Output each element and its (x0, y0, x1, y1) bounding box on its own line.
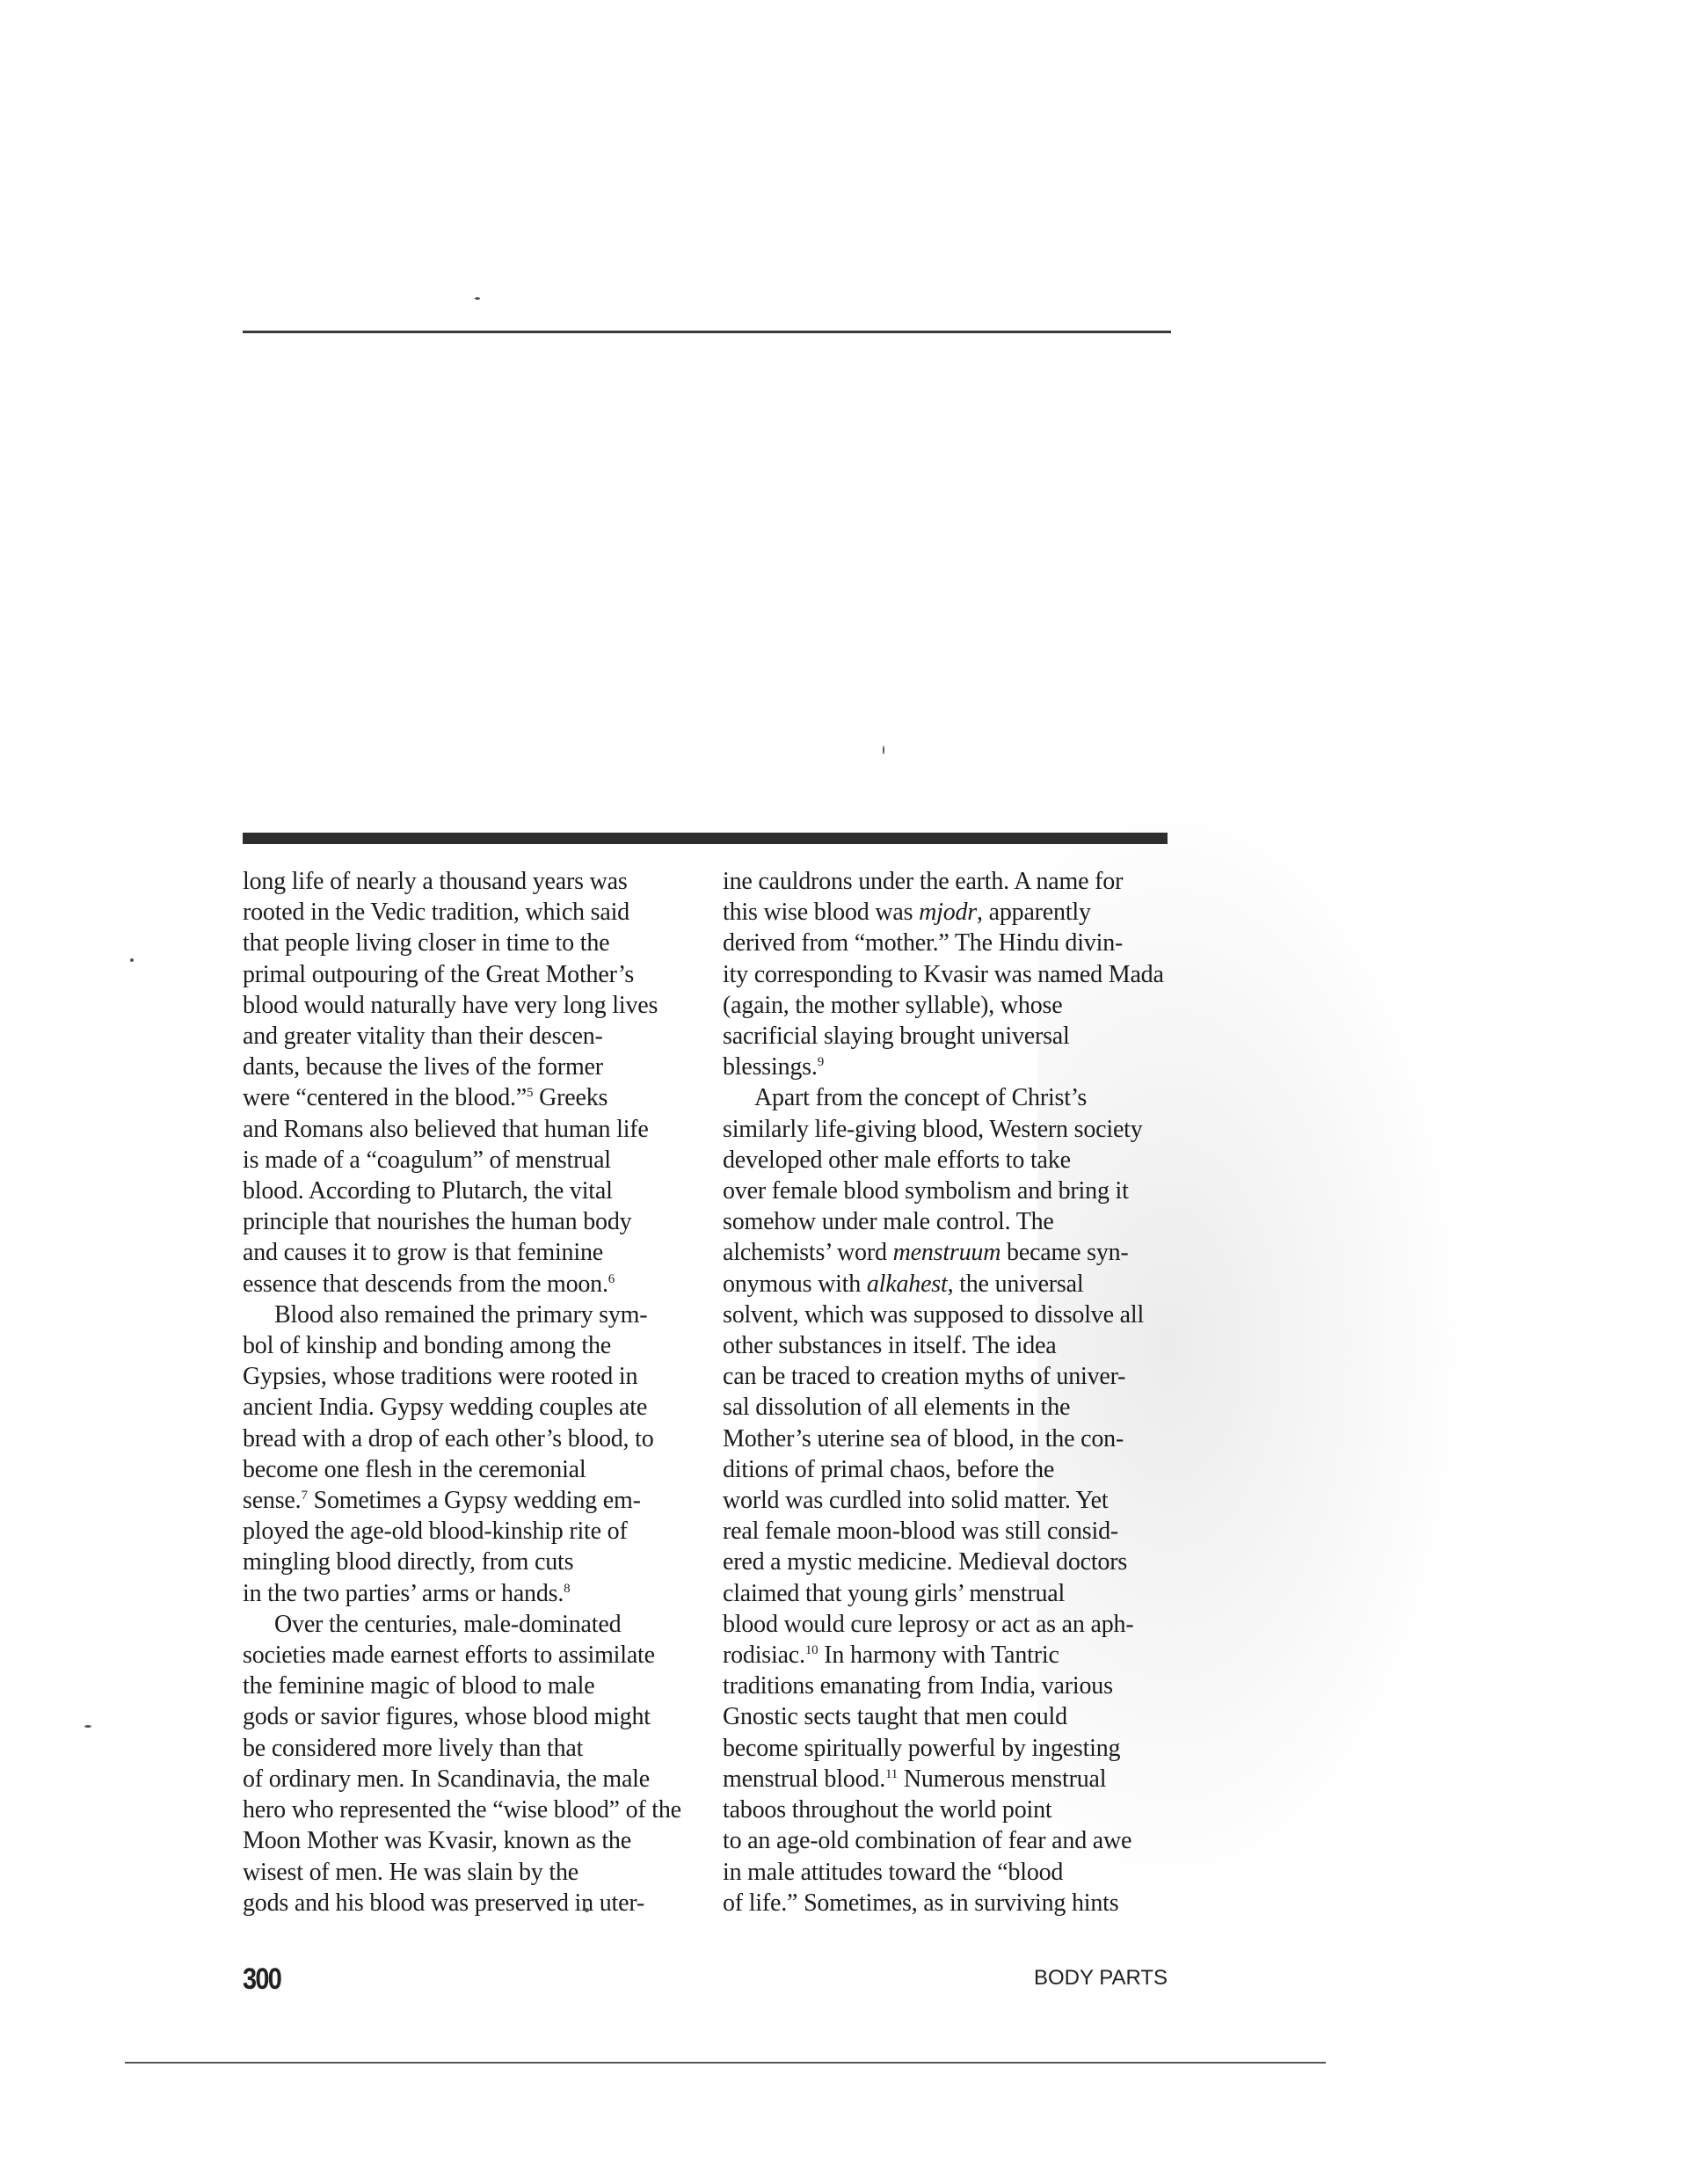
section-rule (243, 833, 1168, 844)
text-line: and Romans also believed that human life (243, 1114, 700, 1145)
text-run: this wise blood was (723, 899, 919, 926)
text-line: gods or savior figures, whose blood migh… (243, 1701, 700, 1732)
text-line: Mother’s uterine sea of blood, in the co… (723, 1423, 1180, 1454)
text-line: become one flesh in the ceremonial (243, 1454, 700, 1485)
footnote-ref: 9 (818, 1055, 824, 1069)
text-run: solvent, which was supposed to dissolve … (723, 1301, 1144, 1329)
text-run: ered a mystic medicine. Medieval doctors (723, 1548, 1127, 1576)
text-run: In harmony with Tantric (818, 1642, 1059, 1669)
text-run: Sometimes a Gypsy wedding em- (308, 1487, 641, 1514)
text-run: societies made earnest efforts to assimi… (243, 1642, 655, 1669)
text-line: other substances in itself. The idea (723, 1330, 1180, 1361)
text-line: ered a mystic medicine. Medieval doctors (723, 1547, 1180, 1577)
text-run: is made of a “coagulum” of menstrual (243, 1147, 611, 1174)
text-run: bol of kinship and bonding among the (243, 1332, 611, 1359)
text-line: dants, because the lives of the former (243, 1052, 700, 1082)
text-run: world was curdled into solid matter. Yet (723, 1487, 1108, 1514)
text-run: hero who represented the “wise blood” of… (243, 1796, 681, 1824)
text-run: bread with a drop of each other’s blood,… (243, 1425, 654, 1452)
text-run: Apart from the concept of Christ’s (754, 1084, 1087, 1111)
text-line: Gypsies, whose traditions were rooted in (243, 1361, 700, 1392)
text-line: bread with a drop of each other’s blood,… (243, 1423, 700, 1454)
italic-term: alkahest (867, 1270, 948, 1298)
text-run: became syn- (1000, 1239, 1128, 1266)
text-line: sense.7 Sometimes a Gypsy wedding em- (243, 1485, 700, 1516)
italic-term: menstruum (893, 1239, 1001, 1266)
text-line: derived from “mother.” The Hindu divin- (723, 928, 1180, 958)
text-run: to an age-old combination of fear and aw… (723, 1827, 1131, 1854)
bottom-rule (125, 2062, 1326, 2064)
text-run: , apparently (977, 899, 1091, 926)
text-run: ine cauldrons under the earth. A name fo… (723, 868, 1123, 895)
text-line: ine cauldrons under the earth. A name fo… (723, 866, 1180, 897)
text-line: in the two parties’ arms or hands.8 (243, 1578, 700, 1609)
text-run: sacrificial slaying brought universal (723, 1023, 1070, 1050)
text-line: menstrual blood.11 Numerous menstrual (723, 1764, 1180, 1795)
text-run: become spiritually powerful by ingesting (723, 1735, 1120, 1762)
text-line: is made of a “coagulum” of menstrual (243, 1145, 700, 1176)
text-run: Numerous menstrual (898, 1765, 1106, 1793)
text-run: gods or savior figures, whose blood migh… (243, 1703, 651, 1730)
text-line: rodisiac.10 In harmony with Tantric (723, 1640, 1180, 1671)
text-run: essence that descends from the moon. (243, 1270, 608, 1298)
text-run: were “centered in the blood.” (243, 1084, 527, 1111)
text-line: (again, the mother syllable), whose (723, 990, 1180, 1021)
text-run: traditions emanating from India, various (723, 1672, 1113, 1700)
footnote-ref: 7 (301, 1489, 307, 1503)
text-run: developed other male efforts to take (723, 1147, 1071, 1174)
text-run: blood would naturally have very long liv… (243, 992, 658, 1019)
text-line: become spiritually powerful by ingesting (723, 1733, 1180, 1764)
text-line: societies made earnest efforts to assimi… (243, 1640, 700, 1671)
text-line: this wise blood was mjodr, apparently (723, 897, 1180, 928)
text-line: can be traced to creation myths of unive… (723, 1361, 1180, 1392)
text-run: Mother’s uterine sea of blood, in the co… (723, 1425, 1124, 1452)
text-run: over female blood symbolism and bring it (723, 1177, 1129, 1205)
text-line: to an age-old combination of fear and aw… (723, 1825, 1180, 1856)
text-line: and causes it to grow is that feminine (243, 1237, 700, 1268)
text-line: blood would naturally have very long liv… (243, 990, 700, 1021)
text-line: traditions emanating from India, various (723, 1671, 1180, 1701)
text-line: world was curdled into solid matter. Yet (723, 1485, 1180, 1516)
text-run: alchemists’ word (723, 1239, 893, 1266)
text-run: other substances in itself. The idea (723, 1332, 1057, 1359)
text-run: ancient India. Gypsy wedding couples ate (243, 1394, 647, 1421)
text-run: derived from “mother.” The Hindu divin- (723, 929, 1123, 957)
footnote-ref: 11 (885, 1767, 898, 1781)
text-run: ditions of primal chaos, before the (723, 1456, 1054, 1483)
text-run: of life.” Sometimes, as in surviving hin… (723, 1889, 1118, 1917)
text-run: long life of nearly a thousand years was (243, 868, 628, 895)
text-line: be considered more lively than that (243, 1733, 700, 1764)
text-run: sense. (243, 1487, 301, 1514)
text-run: rooted in the Vedic tradition, which sai… (243, 899, 629, 926)
footnote-ref: 10 (805, 1643, 819, 1657)
text-run: the feminine magic of blood to male (243, 1672, 594, 1700)
scan-speck (883, 746, 884, 754)
text-line: the feminine magic of blood to male (243, 1671, 700, 1701)
text-line: wisest of men. He was slain by the (243, 1857, 700, 1888)
text-run: gods and his blood was preserved in uter… (243, 1889, 644, 1917)
text-line: of ordinary men. In Scandinavia, the mal… (243, 1764, 700, 1795)
text-line: blessings.9 (723, 1052, 1180, 1082)
text-run: ployed the age-old blood-kinship rite of (243, 1518, 628, 1545)
text-line: over female blood symbolism and bring it (723, 1176, 1180, 1206)
text-run: sal dissolution of all elements in the (723, 1394, 1070, 1421)
right-column: ine cauldrons under the earth. A name fo… (723, 866, 1180, 1918)
text-line: long life of nearly a thousand years was (243, 866, 700, 897)
text-run: claimed that young girls’ menstrual (723, 1580, 1065, 1607)
text-run: become one flesh in the ceremonial (243, 1456, 586, 1483)
text-line: principle that nourishes the human body (243, 1206, 700, 1237)
text-line: ployed the age-old blood-kinship rite of (243, 1516, 700, 1547)
text-line: ditions of primal chaos, before the (723, 1454, 1180, 1485)
text-line: and greater vitality than their descen- (243, 1021, 700, 1052)
text-line: of life.” Sometimes, as in surviving hin… (723, 1888, 1180, 1918)
text-run: Greeks (533, 1084, 608, 1111)
text-line: onymous with alkahest, the universal (723, 1269, 1180, 1299)
text-run: blood would cure leprosy or act as an ap… (723, 1611, 1133, 1638)
text-line: Blood also remained the primary sym- (243, 1299, 700, 1330)
footnote-ref: 6 (608, 1272, 615, 1286)
text-line: Over the centuries, male-dominated (243, 1609, 700, 1640)
text-line: ancient India. Gypsy wedding couples ate (243, 1392, 700, 1423)
text-run: similarly life-giving blood, Western soc… (723, 1116, 1143, 1143)
text-line: bol of kinship and bonding among the (243, 1330, 700, 1361)
text-run: rodisiac. (723, 1642, 805, 1669)
text-line: sacrificial slaying brought universal (723, 1021, 1180, 1052)
text-run: blood. According to Plutarch, the vital (243, 1177, 613, 1205)
text-line: sal dissolution of all elements in the (723, 1392, 1180, 1423)
text-run: in the two parties’ arms or hands. (243, 1580, 564, 1607)
text-run: somehow under male control. The (723, 1208, 1054, 1235)
running-head: BODY PARTS (1034, 1966, 1168, 1991)
text-run: ity corresponding to Kvasir was named Ma… (723, 961, 1164, 988)
text-line: blood would cure leprosy or act as an ap… (723, 1609, 1180, 1640)
text-line: gods and his blood was preserved in uter… (243, 1888, 700, 1918)
text-run: taboos throughout the world point (723, 1796, 1051, 1824)
text-run: principle that nourishes the human body (243, 1208, 631, 1235)
text-run: primal outpouring of the Great Mother’s (243, 961, 634, 988)
text-line: taboos throughout the world point (723, 1795, 1180, 1825)
text-line: rooted in the Vedic tradition, which sai… (243, 897, 700, 928)
text-line: claimed that young girls’ menstrual (723, 1578, 1180, 1609)
text-line: hero who represented the “wise blood” of… (243, 1795, 700, 1825)
text-line: solvent, which was supposed to dissolve … (723, 1299, 1180, 1330)
italic-term: mjodr (919, 899, 977, 926)
scan-speck (130, 958, 134, 962)
text-run: that people living closer in time to the (243, 929, 609, 957)
text-run: and causes it to grow is that feminine (243, 1239, 603, 1266)
text-line: real female moon-blood was still consid- (723, 1516, 1180, 1547)
text-run: can be traced to creation myths of unive… (723, 1363, 1125, 1390)
text-run: of ordinary men. In Scandinavia, the mal… (243, 1765, 650, 1793)
top-rule (243, 331, 1171, 333)
text-run: in male attitudes toward the “blood (723, 1859, 1063, 1886)
text-run: mingling blood directly, from cuts (243, 1548, 573, 1576)
text-run: (again, the mother syllable), whose (723, 992, 1062, 1019)
text-line: blood. According to Plutarch, the vital (243, 1176, 700, 1206)
text-run: Over the centuries, male-dominated (274, 1611, 621, 1638)
text-line: alchemists’ word menstruum became syn- (723, 1237, 1180, 1268)
text-run: blessings. (723, 1053, 818, 1081)
scan-speck (585, 1908, 589, 1912)
text-run: onymous with (723, 1270, 867, 1298)
left-column: long life of nearly a thousand years was… (243, 866, 700, 1918)
text-line: ity corresponding to Kvasir was named Ma… (723, 959, 1180, 990)
text-run: Gnostic sects taught that men could (723, 1703, 1067, 1730)
text-run: , the universal (948, 1270, 1084, 1298)
text-line: in male attitudes toward the “blood (723, 1857, 1180, 1888)
text-line: were “centered in the blood.”5 Greeks (243, 1082, 700, 1113)
text-run: wisest of men. He was slain by the (243, 1859, 578, 1886)
text-line: essence that descends from the moon.6 (243, 1269, 700, 1299)
text-line: developed other male efforts to take (723, 1145, 1180, 1176)
text-run: menstrual blood. (723, 1765, 885, 1793)
page-number: 300 (243, 1962, 280, 1997)
text-line: similarly life-giving blood, Western soc… (723, 1114, 1180, 1145)
footnote-ref: 8 (564, 1582, 570, 1596)
text-run: be considered more lively than that (243, 1735, 583, 1762)
text-run: Moon Mother was Kvasir, known as the (243, 1827, 631, 1854)
text-line: Apart from the concept of Christ’s (723, 1082, 1180, 1113)
text-run: Gypsies, whose traditions were rooted in (243, 1363, 637, 1390)
scan-speck (475, 297, 480, 300)
text-run: and greater vitality than their descen- (243, 1023, 603, 1050)
text-line: Gnostic sects taught that men could (723, 1701, 1180, 1732)
text-line: Moon Mother was Kvasir, known as the (243, 1825, 700, 1856)
text-line: somehow under male control. The (723, 1206, 1180, 1237)
scan-speck (84, 1725, 91, 1728)
text-line: mingling blood directly, from cuts (243, 1547, 700, 1577)
text-run: Blood also remained the primary sym- (274, 1301, 647, 1329)
text-run: real female moon-blood was still consid- (723, 1518, 1118, 1545)
text-run: and Romans also believed that human life (243, 1116, 649, 1143)
text-run: dants, because the lives of the former (243, 1053, 603, 1081)
text-line: that people living closer in time to the (243, 928, 700, 958)
text-line: primal outpouring of the Great Mother’s (243, 959, 700, 990)
